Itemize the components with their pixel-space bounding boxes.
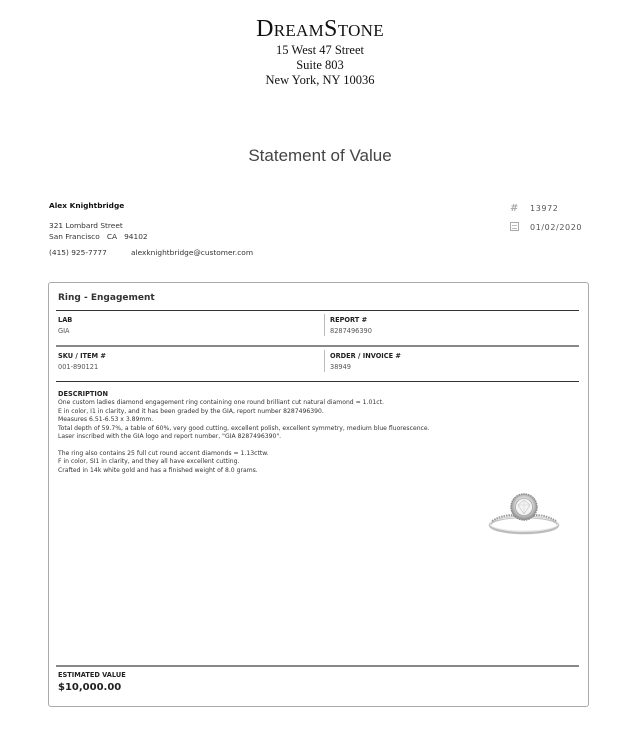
report-value: 8287496390	[330, 325, 372, 337]
order-label: ORDER / INVOICE #	[330, 351, 401, 361]
description-label: DESCRIPTION	[58, 389, 438, 399]
customer-phone: (415) 925-7777	[49, 247, 131, 258]
customer-block: Alex Knightbridge 321 Lombard Street San…	[49, 201, 253, 258]
description-line: One custom ladies diamond engagement rin…	[58, 399, 438, 408]
divider	[324, 350, 325, 372]
document-date: 01/02/2020	[530, 223, 582, 232]
lab-value: GIA	[58, 325, 72, 337]
company-header: DREAMSTONE 15 West 47 Street Suite 803 N…	[0, 17, 640, 88]
customer-street: 321 Lombard Street	[49, 220, 253, 231]
description-paragraph-1: One custom ladies diamond engagement rin…	[58, 399, 438, 442]
divider	[56, 345, 579, 347]
order-value: 38949	[330, 361, 401, 373]
report-field: REPORT # 8287496390	[330, 315, 372, 337]
company-address-line3: New York, NY 10036	[0, 73, 640, 88]
company-name: DREAMSTONE	[0, 17, 640, 43]
divider	[56, 310, 579, 311]
estimated-value: ESTIMATED VALUE $10,000.00	[58, 671, 126, 693]
customer-name: Alex Knightbridge	[49, 201, 253, 210]
lab-label: LAB	[58, 315, 72, 325]
description-paragraph-2: The ring also contains 25 full cut round…	[58, 450, 438, 476]
description-line: F in color, SI1 in clarity, and they all…	[58, 458, 438, 467]
description-line: E in color, I1 in clarity, and it has be…	[58, 408, 438, 417]
sku-value: 001-890121	[58, 361, 106, 373]
divider	[56, 381, 579, 382]
description-line: Crafted in 14k white gold and has a fini…	[58, 467, 438, 476]
customer-email: alexknightbridge@customer.com	[131, 247, 253, 258]
customer-city-state-zip: San Francisco CA 94102	[49, 231, 253, 242]
lab-field: LAB GIA	[58, 315, 72, 337]
estimated-value-label: ESTIMATED VALUE	[58, 671, 126, 679]
hash-icon: #	[510, 203, 530, 214]
divider	[56, 665, 579, 667]
document-number: 13972	[530, 204, 558, 213]
calendar-icon	[510, 222, 530, 234]
description-line: Laser inscribed with the GIA logo and re…	[58, 433, 438, 442]
description-line: Total depth of 59.7%, a table of 60%, ve…	[58, 425, 438, 434]
description: DESCRIPTION One custom ladies diamond en…	[58, 389, 438, 475]
company-address-line2: Suite 803	[0, 58, 640, 73]
order-field: ORDER / INVOICE # 38949	[330, 351, 401, 373]
document-meta: # 13972 01/02/2020	[510, 199, 582, 237]
estimated-value-amount: $10,000.00	[58, 682, 126, 693]
description-line: The ring also contains 25 full cut round…	[58, 450, 438, 459]
description-line: Measures 6.51-6.53 x 3.89mm.	[58, 416, 438, 425]
document-title: Statement of Value	[0, 146, 640, 166]
report-label: REPORT #	[330, 315, 372, 325]
ring-image	[484, 483, 564, 543]
sku-field: SKU / ITEM # 001-890121	[58, 351, 106, 373]
company-address-line1: 15 West 47 Street	[0, 43, 640, 58]
divider	[324, 314, 325, 336]
sku-label: SKU / ITEM #	[58, 351, 106, 361]
item-title: Ring - Engagement	[58, 293, 155, 303]
item-card: Ring - Engagement LAB GIA REPORT # 82874…	[48, 282, 589, 707]
